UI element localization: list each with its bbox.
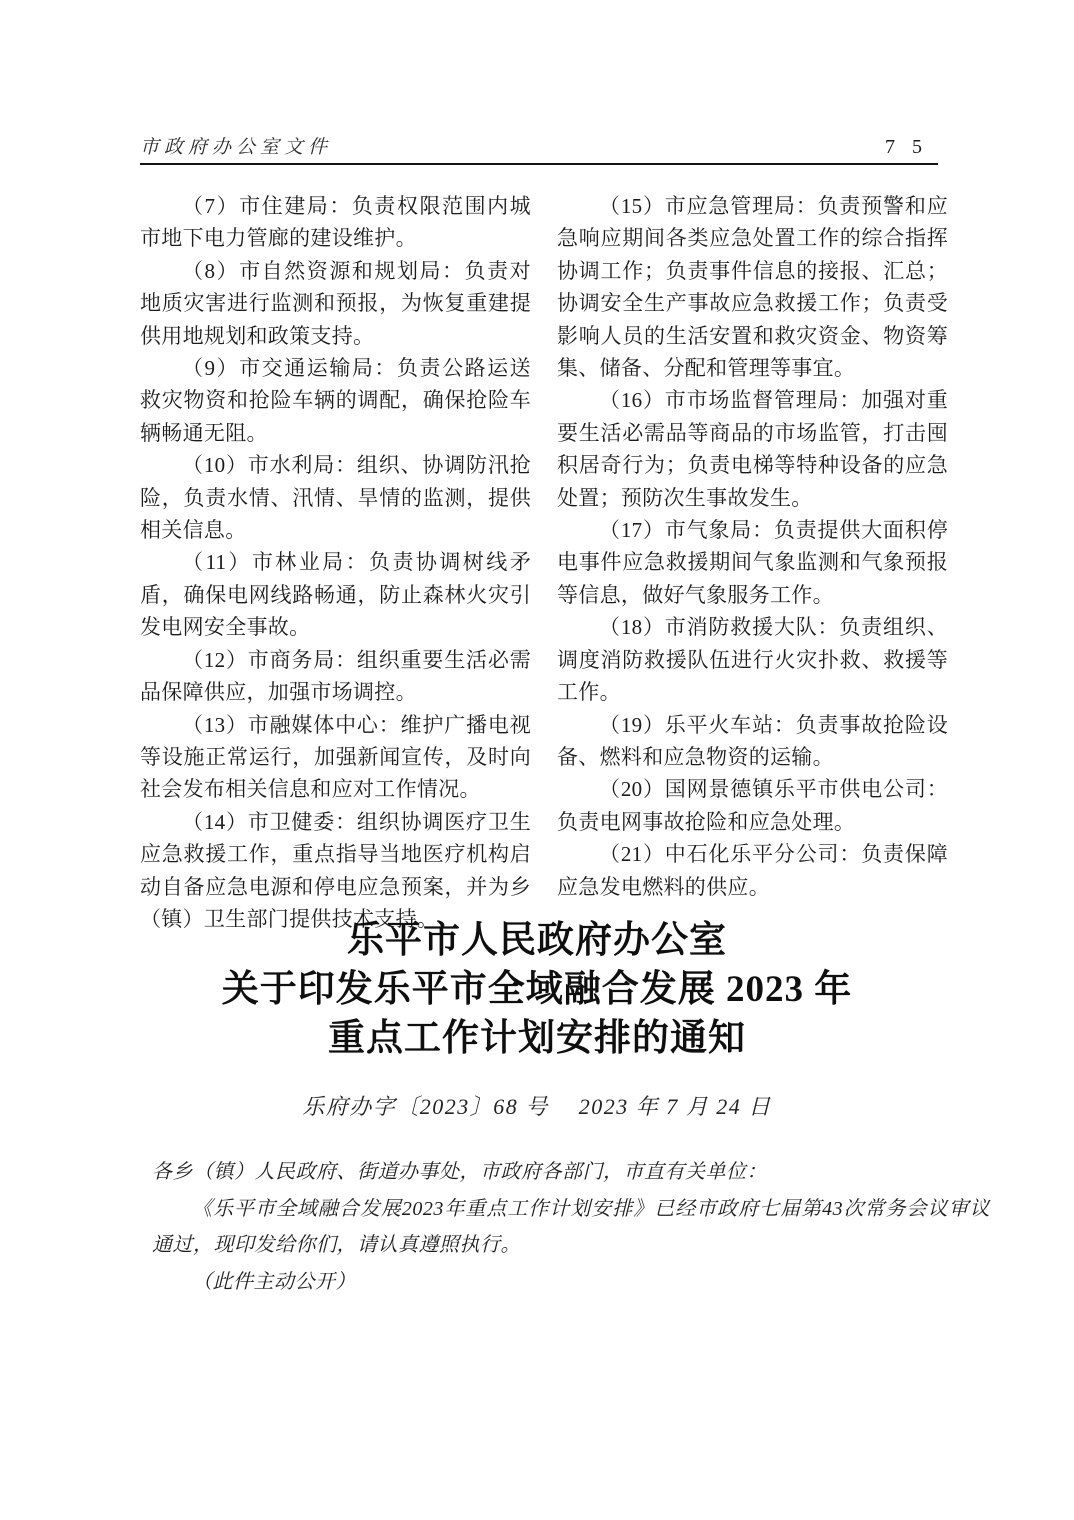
clause-item-11: （11）市林业局：负责协调树线矛盾，确保电网线路畅通，防止森林火灾引发电网安全事… xyxy=(140,546,531,643)
clause-section: （7）市住建局：负责权限范围内城市地下电力管廊的建设维护。 （8）市自然资源和规… xyxy=(140,190,948,935)
clause-item-8: （8）市自然资源和规划局：负责对地质灾害进行监测和预报，为恢复重建提供用地规划和… xyxy=(140,255,531,352)
doc-number: 乐府办字〔2023〕68 号 xyxy=(302,1094,549,1119)
salutation: 各乡（镇）人民政府、街道办事处，市政府各部门，市直有关单位： xyxy=(152,1154,990,1191)
left-column: （7）市住建局：负责权限范围内城市地下电力管廊的建设维护。 （8）市自然资源和规… xyxy=(140,190,531,935)
notice-body: 各乡（镇）人民政府、街道办事处，市政府各部门，市直有关单位： 《乐平市全域融合发… xyxy=(152,1154,990,1300)
clause-item-10: （10）市水利局：组织、协调防汛抢险，负责水情、汛情、旱情的监测，提供相关信息。 xyxy=(140,449,531,546)
header-row: 市政府办公室文件 7 5 xyxy=(140,132,938,159)
disclosure-note: （此件主动公开） xyxy=(152,1264,990,1301)
page-number: 7 5 xyxy=(885,136,938,159)
clause-item-18: （18）市消防救援大队：负责组织、调度消防救援队伍进行火灾扑救、救援等工作。 xyxy=(557,611,948,708)
document-header: 市政府办公室文件 7 5 xyxy=(140,132,938,165)
document-page: 市政府办公室文件 7 5 （7）市住建局：负责权限范围内城市地下电力管廊的建设维… xyxy=(0,0,1074,1520)
notice-title: 乐平市人民政府办公室 关于印发乐平市全域融合发展 2023 年 重点工作计划安排… xyxy=(0,916,1074,1063)
clause-item-15: （15）市应急管理局：负责预警和应急响应期间各类应急处置工作的综合指挥协调工作；… xyxy=(557,190,948,384)
clause-item-16: （16）市市场监督管理局：加强对重要生活必需品等商品的市场监管，打击囤积居奇行为… xyxy=(557,384,948,514)
clause-item-12: （12）市商务局：组织重要生活必需品保障供应，加强市场调控。 xyxy=(140,644,531,709)
notice-title-line-3: 重点工作计划安排的通知 xyxy=(0,1014,1074,1063)
notice-title-line-2: 关于印发乐平市全域融合发展 2023 年 xyxy=(0,965,1074,1014)
clause-item-19: （19）乐平火车站：负责事故抢险设备、燃料和应急物资的运输。 xyxy=(557,709,948,774)
doc-date: 2023 年 7 月 24 日 xyxy=(579,1094,772,1119)
right-column: （15）市应急管理局：负责预警和应急响应期间各类应急处置工作的综合指挥协调工作；… xyxy=(557,190,948,935)
header-rule xyxy=(140,163,938,165)
notice-title-line-1: 乐平市人民政府办公室 xyxy=(0,916,1074,965)
clause-item-17: （17）市气象局：负责提供大面积停电事件应急救援期间气象监测和气象预报等信息，做… xyxy=(557,514,948,611)
clause-item-21: （21）中石化乐平分公司：负责保障应急发电燃料的供应。 xyxy=(557,838,948,903)
body-paragraph: 《乐平市全域融合发展2023年重点工作计划安排》已经市政府七届第43次常务会议审… xyxy=(152,1191,990,1264)
clause-item-7: （7）市住建局：负责权限范围内城市地下电力管廊的建设维护。 xyxy=(140,190,531,255)
header-label: 市政府办公室文件 xyxy=(140,132,332,159)
clause-item-20: （20）国网景德镇乐平市供电公司：负责电网事故抢险和应急处理。 xyxy=(557,773,948,838)
clause-item-9: （9）市交通运输局：负责公路运送救灾物资和抢险车辆的调配，确保抢险车辆畅通无阻。 xyxy=(140,352,531,449)
doc-number-line: 乐府办字〔2023〕68 号2023 年 7 月 24 日 xyxy=(0,1090,1074,1121)
clause-item-13: （13）市融媒体中心：维护广播电视等设施正常运行，加强新闻宣传，及时向社会发布相… xyxy=(140,709,531,806)
